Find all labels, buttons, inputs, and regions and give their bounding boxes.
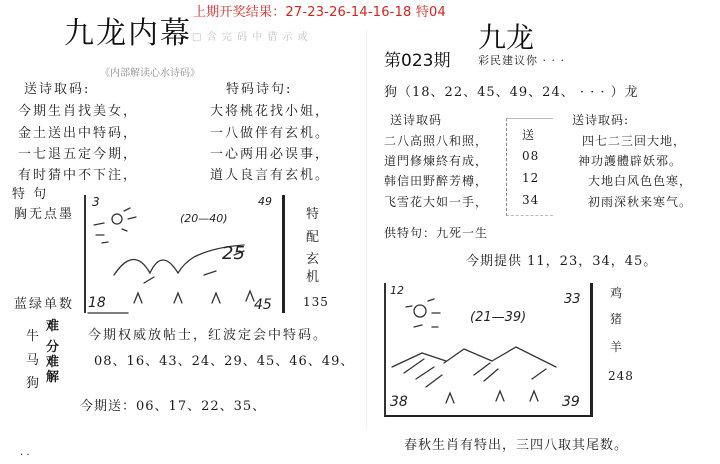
authority-line: 今期权威放帖士，红波定会中特码。 <box>88 324 328 343</box>
poem-right-line: 道人良言有玄机。 <box>210 164 330 183</box>
row-label-no-ink: 胸无点墨 <box>14 203 74 222</box>
poem-left-line: 二八高照八和照， <box>384 132 488 149</box>
zodiac-char: 狗 <box>26 372 41 391</box>
poem-right-line: 大地白风色色寒， <box>588 172 692 189</box>
provide-numbers-line: 今期提供 11，23，34，45。 <box>466 250 657 269</box>
drawing-range: (20—40) <box>180 212 228 225</box>
dog-dragon-numbers: 狗（18、22、45、49、24、 · · · ）龙 <box>384 81 639 100</box>
drawing-number-tr: 33 <box>564 292 581 307</box>
drawing-number-tl: 12 <box>390 284 404 297</box>
zodiac-char: 马 <box>26 349 41 368</box>
special-phrase-label: 特 句 <box>12 183 48 202</box>
footer-dots: · · <box>20 450 30 461</box>
player-suggestion: 彩民建议你 · · · <box>478 52 565 68</box>
side-char: 猪 <box>610 310 623 327</box>
side-char: 玄 <box>306 248 321 267</box>
poem-left-line: 有时猜中不下注， <box>18 164 138 183</box>
drawing-number-br: 39 <box>562 394 580 410</box>
hard-char: 解 <box>46 366 61 385</box>
left-page-title: 九龙内幕 <box>64 8 192 52</box>
drawing-range: (21—39) <box>470 310 526 325</box>
poem-right-line: 一八做伴有玄机。 <box>210 122 330 141</box>
drawing-number-bl: 38 <box>390 394 408 410</box>
mid-box-item: 34 <box>522 193 539 207</box>
poem-left-line: 飞雪花大如一手， <box>384 193 488 210</box>
poem-right-line: 初雨深秋来寒气。 <box>588 193 692 210</box>
side-char: 羊 <box>610 338 623 355</box>
poem-right-line: 大将桃花找小姐， <box>210 100 330 119</box>
numbers-line: 08、16、43、24、29、45、46、49、 <box>94 350 354 369</box>
drawing-number-br: 45 <box>254 297 272 313</box>
left-subtitle: □ 含 完 码 中 借 示 或 <box>192 28 309 43</box>
side-char: 鸡 <box>610 284 623 301</box>
special-phrase-line: 供特句：九死一生 <box>384 224 488 241</box>
poem-source-note: 《内部解读心水诗码》 <box>100 64 200 79</box>
poem-header-left: 送诗取码: <box>24 78 90 97</box>
issue-number: 第023期 <box>384 46 450 71</box>
side-char: 配 <box>306 226 321 245</box>
mid-box-item: 送 <box>522 126 535 143</box>
side-number: 135 <box>303 295 329 309</box>
poem-right-line: 四七二三回大地， <box>582 132 686 149</box>
side-char: 特 <box>306 203 321 222</box>
drawing-number-tl: 3 <box>92 195 100 209</box>
poem-header-right: 送诗取码: <box>572 111 629 128</box>
mid-box-item: 12 <box>522 171 539 185</box>
poem-header-right: 特码诗句: <box>226 78 292 97</box>
hard-char: 难 <box>46 320 61 333</box>
poem-header-left: 送诗取码 <box>390 111 442 128</box>
drawing-number-bl: 18 <box>88 295 106 311</box>
right-page-title: 九龙 <box>478 16 534 56</box>
send-numbers-line: 今期送：06、17、22、35、 <box>80 395 266 414</box>
side-char: 机 <box>306 266 321 285</box>
side-number: 248 <box>608 369 634 383</box>
row-label-blue-green-odd: 蓝绿单数 <box>14 293 74 312</box>
column-divider <box>366 30 367 430</box>
poem-left-line: 今期生肖找美女， <box>18 100 138 119</box>
last-draw-results-banner: 上期开奖结果：27-23-26-14-16-18 特04 <box>193 1 446 20</box>
drawing-number-tr: 49 <box>258 195 272 208</box>
poem-right-line: 神功護體辟妖邪。 <box>578 152 682 169</box>
poem-right-line: 一心两用必误事， <box>210 143 330 162</box>
zodiac-char: 牛 <box>26 325 41 344</box>
poem-left-line: 韩信田野醉芳樽， <box>384 172 488 189</box>
poem-left-line: 道門修煉終有成， <box>384 152 488 169</box>
drawing-number-right: 25 <box>222 243 245 264</box>
hand-drawing-sun-mountains-icon <box>384 283 588 415</box>
poem-left-line: 金土送出中特码， <box>18 122 138 141</box>
poem-left-line: 一七退五定今期， <box>18 143 138 162</box>
mid-box-item: 08 <box>522 149 539 163</box>
footer-hint-line: 春秋生肖有特出，三四八取其尾数。 <box>404 434 628 453</box>
